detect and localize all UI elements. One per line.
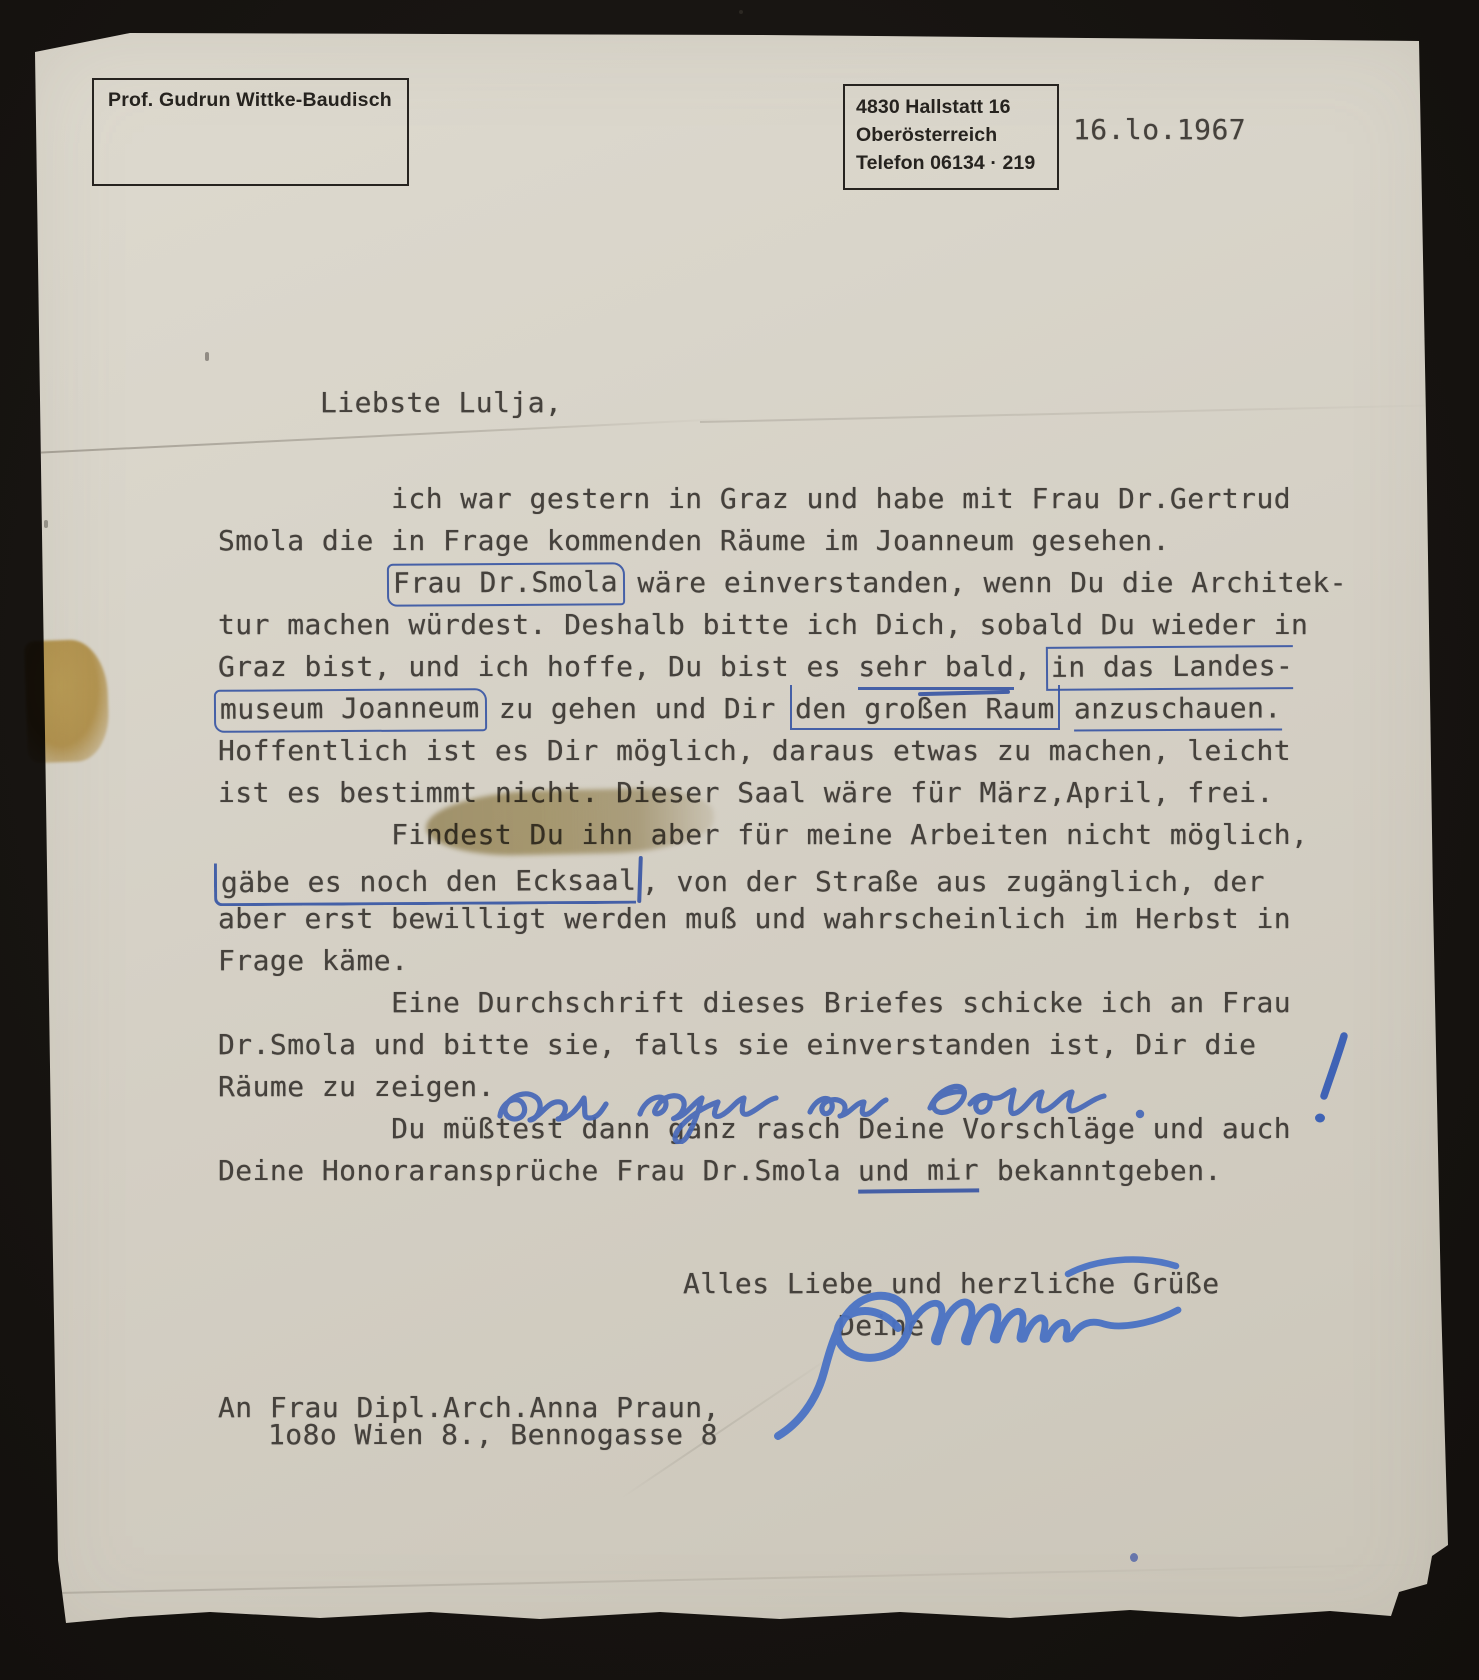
letter-line: ist es bestimmt nicht. Dieser Saal wäre … [218, 772, 1347, 814]
sender-stamp: Prof. Gudrun Wittke-Baudisch [92, 78, 409, 186]
letter-line: Findest Du ihn aber für meine Arbeiten n… [218, 814, 1347, 856]
letter-line: Räume zu zeigen. [218, 1066, 1347, 1108]
address-stamp: 4830 Hallstatt 16 Oberösterreich Telefon… [843, 84, 1059, 190]
letter-line: Hoffentlich ist es Dir möglich, daraus e… [218, 730, 1347, 772]
letter-line: Deine Honoraransprüche Frau Dr.Smola und… [218, 1150, 1347, 1192]
typed-text: Dr.Smola und bitte sie, falls sie einver… [218, 1024, 1256, 1066]
address-stamp-line: Oberösterreich [856, 126, 997, 146]
typed-text: Deine Honoraransprüche Frau Dr.Smola [218, 1150, 858, 1192]
closing-regards: Alles Liebe und herzliche Grüße [683, 1270, 1220, 1298]
letter-line: gäbe es noch den Ecksaal, von der Straße… [218, 856, 1347, 898]
ink-mark-box: Frau Dr.Smola [387, 562, 625, 606]
ink-mark-box: museum Joanneum [214, 688, 487, 732]
ink-mark-underline2: sehr bald [858, 652, 1014, 690]
letter-line: Graz bist, und ich hoffe, Du bist es seh… [218, 646, 1347, 688]
letter-line: Frau Dr.Smola wäre einverstanden, wenn D… [218, 562, 1347, 604]
typed-text: Findest Du ihn aber für meine Arbeiten n… [218, 814, 1308, 856]
typed-text: , [1014, 646, 1049, 688]
letter-line: Du müßtest dann ganz rasch Deine Vorschl… [218, 1108, 1347, 1150]
typed-text: Frage käme. [218, 940, 408, 982]
address-stamp-line: 4830 Hallstatt 16 [856, 98, 1011, 118]
paper-crease [32, 418, 731, 454]
typed-text: ist es bestimmt nicht. Dieser Saal wäre … [218, 772, 1274, 814]
typed-text: tur machen würdest. Deshalb bitte ich Di… [218, 604, 1308, 646]
typed-date: 16.lo.1967 [1073, 116, 1246, 144]
typed-text [218, 562, 391, 604]
paper-crease [700, 404, 1460, 423]
typed-text: wäre einverstanden, wenn Du die Architek… [620, 562, 1347, 604]
letter-body: ich war gestern in Graz und habe mit Fra… [218, 478, 1347, 1192]
typed-text: Smola die in Frage kommenden Räume im Jo… [218, 520, 1170, 562]
ink-mark-box-open-right: in das Landes- [1046, 645, 1294, 690]
sender-stamp-name: Prof. Gudrun Wittke-Baudisch [108, 89, 392, 112]
paper-crease [58, 1563, 1438, 1594]
dust-speck [739, 10, 743, 14]
salutation: Liebste Lulja, [320, 389, 562, 417]
scan-background: Prof. Gudrun Wittke-Baudisch 4830 Hallst… [0, 0, 1479, 1680]
typed-text: zu gehen und Dir [482, 688, 794, 730]
letter-line: Frage käme. [218, 940, 1347, 982]
typed-text [1057, 688, 1074, 730]
typed-text: ich war gestern in Graz und habe mit Fra… [218, 478, 1291, 520]
ink-mark-underline-thick: und mir [858, 1155, 980, 1193]
typed-text: Räume zu zeigen. [218, 1066, 495, 1108]
typed-text: Graz bist, und ich hoffe, Du bist es [218, 646, 858, 688]
closing-signoff: Deine [838, 1312, 925, 1340]
ink-mark-bracket-under: gäbe es noch den Ecksaal [214, 861, 637, 906]
letter-line: ich war gestern in Graz und habe mit Fra… [218, 478, 1347, 520]
letter-line: tur machen würdest. Deshalb bitte ich Di… [218, 604, 1347, 646]
letter-line: Smola die in Frage kommenden Räume im Jo… [218, 520, 1347, 562]
typed-text: Eine Durchschrift dieses Briefes schicke… [218, 982, 1291, 1024]
recipient-line2: 1o8o Wien 8., Bennogasse 8 [268, 1421, 718, 1449]
ink-mark-underline: anzuschauen. [1074, 693, 1282, 731]
address-stamp-line: Telefon 06134 · 219 [856, 154, 1035, 174]
letter-line: Eine Durchschrift dieses Briefes schicke… [218, 982, 1347, 1024]
letter-line: museum Joanneum zu gehen und Dir den gro… [218, 688, 1347, 730]
typed-text: bekanntgeben. [980, 1150, 1222, 1192]
typed-text: , von der Straße aus zugänglich, der [642, 861, 1265, 903]
typed-text: Hoffentlich ist es Dir möglich, daraus e… [218, 730, 1291, 772]
typed-text: Du müßtest dann ganz rasch Deine Vorschl… [218, 1108, 1291, 1150]
letter-line: Dr.Smola und bitte sie, falls sie einver… [218, 1024, 1347, 1066]
